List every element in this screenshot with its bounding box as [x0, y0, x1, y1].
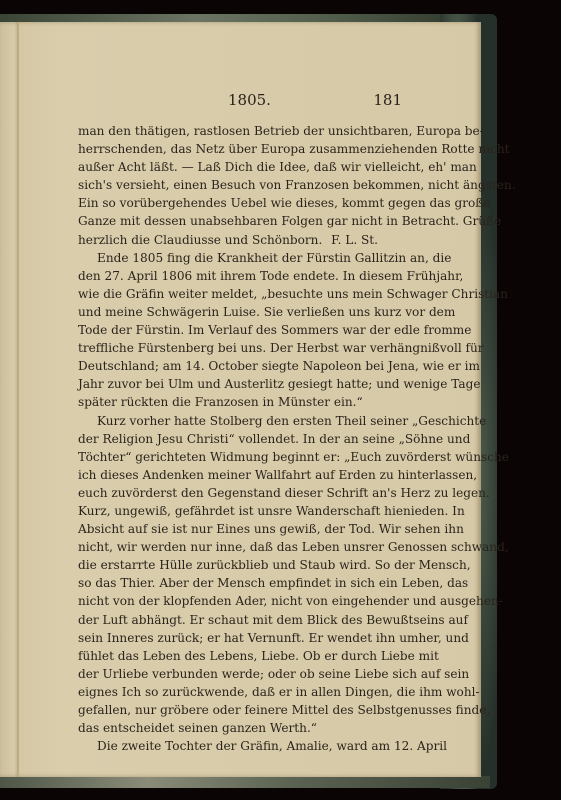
text-line: außer Acht läßt. — Laß Dich die Idee, da… [78, 158, 400, 176]
body-text: man den thätigen, rastlosen Betrieb der … [78, 122, 400, 755]
running-head-year: 1805. [228, 91, 271, 109]
paragraph-start: Kurz vorher hatte Stolberg den ersten Th… [78, 412, 400, 430]
text-line: Absicht auf sie ist nur Eines uns gewiß,… [78, 520, 400, 538]
paragraph-start: Ende 1805 fing die Krankheit der Fürstin… [78, 249, 400, 267]
paragraph-start: Die zweite Tochter der Gräfin, Amalie, w… [78, 737, 400, 755]
text-line: man den thätigen, rastlosen Betrieb der … [78, 122, 400, 140]
text-line: der Luft abhängt. Er schaut mit dem Blic… [78, 611, 400, 629]
page-number: 181 [373, 91, 402, 109]
text-line: sich's versieht, einen Besuch von Franzo… [78, 176, 400, 194]
text-line: so das Thier. Aber der Mensch empfindet … [78, 574, 400, 592]
text-line: herrschenden, das Netz über Europa zusam… [78, 140, 400, 158]
text-line: wie die Gräfin weiter meldet, „besuchte … [78, 285, 400, 303]
text-line: sein Inneres zurück; er hat Vernunft. Er… [78, 629, 400, 647]
text-line: nicht von der klopfenden Ader, nicht von… [78, 592, 400, 610]
book-bottom-edge [0, 776, 490, 788]
page-gutter [17, 22, 19, 777]
letter-closing-text: herzlich die Claudiusse und Schönborn. [78, 231, 322, 249]
text-line: und meine Schwägerin Luise. Sie verließe… [78, 303, 400, 321]
text-line: Tode der Fürstin. Im Verlauf des Sommers… [78, 321, 400, 339]
text-line: der Religion Jesu Christi“ vollendet. In… [78, 430, 400, 448]
text-line: treffliche Fürstenberg bei uns. Der Herb… [78, 339, 400, 357]
text-line: euch zuvörderst den Gegenstand dieser Sc… [78, 484, 400, 502]
text-line: Ganze mit dessen unabsehbaren Folgen gar… [78, 212, 400, 230]
text-line: fühlet das Leben des Lebens, Liebe. Ob e… [78, 647, 400, 665]
paragraph-end: später rückten die Franzosen in Münster … [78, 393, 400, 411]
text-line: der Urliebe verbunden werde; oder ob sei… [78, 665, 400, 683]
text-line: nicht, wir werden nur inne, daß das Lebe… [78, 538, 400, 556]
text-line: die erstarrte Hülle zurückblieb und Stau… [78, 556, 400, 574]
paragraph-end: das entscheidet seinen ganzen Werth.“ [78, 719, 400, 737]
text-line: eignes Ich so zurückwende, daß er in all… [78, 683, 400, 701]
text-line: Deutschland; am 14. October siegte Napol… [78, 357, 400, 375]
running-head: 1805. 181 [60, 91, 402, 111]
text-line: ich dieses Andenken meiner Wallfahrt auf… [78, 466, 400, 484]
text-line: gefallen, nur gröbere oder feinere Mitte… [78, 701, 400, 719]
letter-closing-line: herzlich die Claudiusse und Schönborn. F… [78, 231, 400, 249]
text-line: Jahr zuvor bei Ulm und Austerlitz gesieg… [78, 375, 400, 393]
text-line: den 27. April 1806 mit ihrem Tode endete… [78, 267, 400, 285]
text-line: Töchter“ gerichteten Widmung beginnt er:… [78, 448, 400, 466]
text-line: Kurz, ungewiß, gefährdet ist unsre Wande… [78, 502, 400, 520]
text-line: Ein so vorübergehendes Uebel wie dieses,… [78, 194, 400, 212]
letter-signature: F. L. St. [331, 231, 400, 249]
